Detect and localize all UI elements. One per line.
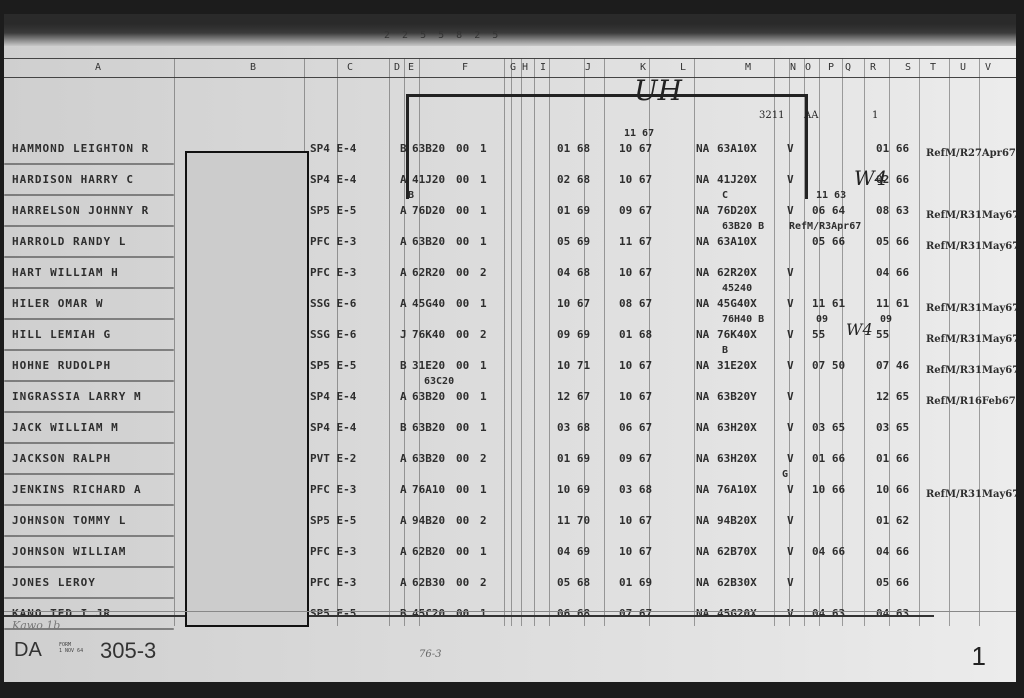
cell-d4: 02 66 xyxy=(876,173,909,186)
cell-pmos: 94B20X xyxy=(717,514,757,527)
table-row: HOHNE RUDOLPHSP5 E-5B31E2000110 7110 67N… xyxy=(4,353,1016,384)
cell-grade: SP4 E-4 xyxy=(310,173,356,186)
cell-d4: 01 62 xyxy=(876,514,909,527)
cell-d4: 07 46 xyxy=(876,359,909,372)
cell-remark: RefM/R31May67 xyxy=(926,365,1016,376)
underline-mark xyxy=(4,504,174,506)
underline-mark xyxy=(4,194,174,196)
underline-mark xyxy=(4,287,174,289)
cell-v: V xyxy=(787,452,794,465)
cell-cd: A xyxy=(400,204,407,217)
cell-d4: 01 66 xyxy=(876,452,909,465)
handwritten-correction: 11 63 xyxy=(816,190,846,201)
column-letter-r: R xyxy=(870,62,876,73)
cell-d4: 55 xyxy=(876,328,889,341)
cell-na: NA xyxy=(696,514,709,527)
code-3211: 3211 xyxy=(759,110,784,121)
cell-na: NA xyxy=(696,545,709,558)
cell-na: NA xyxy=(696,173,709,186)
cell-pmos: 63H20X xyxy=(717,452,757,465)
cell-n: 2 xyxy=(480,452,487,465)
cell-cd: A xyxy=(400,266,407,279)
form-number: 305-3 xyxy=(100,638,156,664)
cell-name: HARROLD RANDY L xyxy=(12,235,126,248)
cell-pmos: 76A10X xyxy=(717,483,757,496)
cell-n: 1 xyxy=(480,173,487,186)
cell-mos: 63B20 xyxy=(412,421,445,434)
cell-d2: 09 67 xyxy=(619,204,652,217)
cell-v: V xyxy=(787,297,794,310)
handwritten-correction: G xyxy=(782,469,788,480)
handwritten-uh: UH xyxy=(634,74,682,107)
cell-d1: 01 69 xyxy=(557,204,590,217)
column-letter-n: N xyxy=(790,62,796,73)
cell-d4: 03 65 xyxy=(876,421,909,434)
handwritten-correction: 63C20 xyxy=(424,376,454,387)
cell-cd: A xyxy=(400,576,407,589)
cell-n: 2 xyxy=(480,266,487,279)
cell-d3: 10 66 xyxy=(812,483,845,496)
column-letter-a: A xyxy=(95,62,101,73)
cell-d1: 04 69 xyxy=(557,545,590,558)
cell-pmos: 31E20X xyxy=(717,359,757,372)
header-code-strip: 2 2 5 5 8 2 5 xyxy=(384,30,501,41)
cell-na: NA xyxy=(696,421,709,434)
cell-v: V xyxy=(787,173,794,186)
table-row: JENKINS RICHARD APFC E-3A76A1000110 6903… xyxy=(4,477,1016,508)
handwritten-correction: B xyxy=(722,345,728,356)
cell-grade: PFC E-3 xyxy=(310,235,356,248)
cell-na: NA xyxy=(696,483,709,496)
cell-v: V xyxy=(787,328,794,341)
cell-d3: 55 xyxy=(812,328,825,341)
cell-d4: 05 66 xyxy=(876,576,909,589)
cell-na: NA xyxy=(696,359,709,372)
handwritten-correction: RefM/R3Apr67 xyxy=(789,221,861,232)
cell-zz: 00 xyxy=(456,545,469,558)
cell-d3: 11 61 xyxy=(812,297,845,310)
column-letter-m: M xyxy=(745,62,751,73)
cell-v: V xyxy=(787,483,794,496)
cell-d3: 01 66 xyxy=(812,452,845,465)
handwritten-correction: 09 xyxy=(880,314,892,325)
table-row: JACK WILLIAM MSP4 E-4B63B2000103 6806 67… xyxy=(4,415,1016,446)
cell-cd: B xyxy=(400,142,407,155)
underline-mark xyxy=(4,411,174,413)
cell-name: HARDISON HARRY C xyxy=(12,173,134,186)
cell-n: 1 xyxy=(480,297,487,310)
cell-name: JACK WILLIAM M xyxy=(12,421,119,434)
cell-v: V xyxy=(787,514,794,527)
column-letter-k: K xyxy=(640,62,646,73)
cell-d2: 01 68 xyxy=(619,328,652,341)
cell-remark: RefM/R27Apr67 xyxy=(926,148,1016,159)
cell-d4: 12 65 xyxy=(876,390,909,403)
cell-cd: A xyxy=(400,483,407,496)
cell-pmos: 62R20X xyxy=(717,266,757,279)
cell-mos: 63B20 xyxy=(412,235,445,248)
cell-n: 2 xyxy=(480,328,487,341)
cell-mos: 45G40 xyxy=(412,297,445,310)
cell-d1: 11 70 xyxy=(557,514,590,527)
cell-n: 1 xyxy=(480,235,487,248)
form-small-date: 1 NOV 64 xyxy=(59,648,83,654)
cell-d2: 10 67 xyxy=(619,173,652,186)
form-prefix: DA xyxy=(14,639,42,662)
cell-zz: 00 xyxy=(456,514,469,527)
cell-v: V xyxy=(787,204,794,217)
cell-na: NA xyxy=(696,452,709,465)
cell-d1: 01 68 xyxy=(557,142,590,155)
cell-name: JENKINS RICHARD A xyxy=(12,483,142,496)
table-row: HARDISON HARRY CSP4 E-4A41J2000102 6810 … xyxy=(4,167,1016,198)
cell-name: JOHNSON TOMMY L xyxy=(12,514,126,527)
cell-n: 1 xyxy=(480,483,487,496)
cell-d1: 09 69 xyxy=(557,328,590,341)
cell-mos: 62R20 xyxy=(412,266,445,279)
cell-d2: 03 68 xyxy=(619,483,652,496)
column-letter-d: D xyxy=(394,62,400,73)
cell-na: NA xyxy=(696,266,709,279)
cell-na: NA xyxy=(696,576,709,589)
cell-d1: 04 68 xyxy=(557,266,590,279)
code-1: 1 xyxy=(872,110,878,121)
cell-name: HARRELSON JOHNNY R xyxy=(12,204,149,217)
underline-mark xyxy=(4,225,174,227)
cell-na: NA xyxy=(696,390,709,403)
table-row: HARRELSON JOHNNY RSP5 E-5A76D2000101 690… xyxy=(4,198,1016,229)
cell-pmos: 76K40X xyxy=(717,328,757,341)
scan-top-edge xyxy=(4,24,1016,46)
page-number: 1 xyxy=(972,641,986,672)
cell-d1: 05 69 xyxy=(557,235,590,248)
underline-mark xyxy=(4,380,174,382)
column-letter-o: O xyxy=(805,62,811,73)
cell-pmos: 41J20X xyxy=(717,173,757,186)
cell-name: JOHNSON WILLIAM xyxy=(12,545,126,558)
cell-d3: 07 50 xyxy=(812,359,845,372)
cell-grade: SP4 E-4 xyxy=(310,390,356,403)
cell-d1: 03 68 xyxy=(557,421,590,434)
cell-name: JONES LEROY xyxy=(12,576,96,589)
cell-grade: SP4 E-4 xyxy=(310,142,356,155)
column-letter-u: U xyxy=(960,62,966,73)
cell-d2: 10 67 xyxy=(619,545,652,558)
cell-d2: 01 69 xyxy=(619,576,652,589)
cell-d2: 09 67 xyxy=(619,452,652,465)
cell-na: NA xyxy=(696,328,709,341)
cell-grade: PFC E-3 xyxy=(310,576,356,589)
cell-v: V xyxy=(787,142,794,155)
redaction-box xyxy=(185,151,309,627)
cell-zz: 00 xyxy=(456,359,469,372)
handwritten-correction: 63B20 B xyxy=(722,221,764,232)
cell-d1: 10 67 xyxy=(557,297,590,310)
cell-grade: SP5 E-5 xyxy=(310,514,356,527)
cell-d4: 05 66 xyxy=(876,235,909,248)
underline-mark xyxy=(4,256,174,258)
handwritten-note: Kawo 1b xyxy=(12,619,60,632)
cell-zz: 00 xyxy=(456,452,469,465)
cell-pmos: 45G40X xyxy=(717,297,757,310)
cell-d1: 10 71 xyxy=(557,359,590,372)
table-row: JACKSON RALPHPVT E-2A63B2000201 6909 67N… xyxy=(4,446,1016,477)
underline-mark xyxy=(4,442,174,444)
cell-mos: 41J20 xyxy=(412,173,445,186)
handwritten-mid-note: 76-3 xyxy=(419,649,441,660)
form-edition: FORM 1 NOV 64 xyxy=(59,642,83,654)
underline-mark xyxy=(4,535,174,537)
cell-d4: 10 66 xyxy=(876,483,909,496)
handwritten-correction: 11 67 xyxy=(624,128,654,139)
handwritten-correction: C xyxy=(722,190,728,201)
cell-d1: 01 69 xyxy=(557,452,590,465)
cell-cd: A xyxy=(400,390,407,403)
cell-d4: 11 61 xyxy=(876,297,909,310)
cell-na: NA xyxy=(696,204,709,217)
cell-mos: 76K40 xyxy=(412,328,445,341)
cell-mos: 62B30 xyxy=(412,576,445,589)
cell-d2: 06 67 xyxy=(619,421,652,434)
cell-name: HILL LEMIAH G xyxy=(12,328,111,341)
cell-name: HAMMOND LEIGHTON R xyxy=(12,142,149,155)
cell-d3: 06 64 xyxy=(812,204,845,217)
cell-cd: A xyxy=(400,297,407,310)
cell-n: 2 xyxy=(480,576,487,589)
cell-cd: A xyxy=(400,173,407,186)
cell-d1: 05 68 xyxy=(557,576,590,589)
cell-cd: A xyxy=(400,545,407,558)
table-row: HART WILLIAM HPFC E-3A62R2000204 6810 67… xyxy=(4,260,1016,291)
cell-v: V xyxy=(787,576,794,589)
cell-v: V xyxy=(787,545,794,558)
cell-d2: 08 67 xyxy=(619,297,652,310)
cell-n: 1 xyxy=(480,142,487,155)
cell-zz: 00 xyxy=(456,576,469,589)
cell-d2: 10 67 xyxy=(619,514,652,527)
cell-pmos: 63A10X xyxy=(717,142,757,155)
column-letter-l: L xyxy=(680,62,686,73)
underline-mark xyxy=(4,566,174,568)
cell-d3: 03 65 xyxy=(812,421,845,434)
roster-document: 2 2 5 5 8 2 5 ABCDEFGHIJKLMNOPQRSTUV UH … xyxy=(4,14,1016,682)
cell-grade: SSG E-6 xyxy=(310,297,356,310)
cell-d4: 01 66 xyxy=(876,142,909,155)
form-footer: Kawo 1b DA FORM 1 NOV 64 305-3 76-3 1 xyxy=(4,611,1016,682)
underline-mark xyxy=(4,163,174,165)
cell-cd: A xyxy=(400,235,407,248)
column-letter-b: B xyxy=(250,62,256,73)
cell-mos: 76D20 xyxy=(412,204,445,217)
cell-pmos: 63H20X xyxy=(717,421,757,434)
cell-n: 1 xyxy=(480,545,487,558)
cell-name: HART WILLIAM H xyxy=(12,266,119,279)
table-row: HARROLD RANDY LPFC E-3A63B2000105 6911 6… xyxy=(4,229,1016,260)
cell-grade: SSG E-6 xyxy=(310,328,356,341)
cell-d1: 10 69 xyxy=(557,483,590,496)
cell-pmos: 63B20Y xyxy=(717,390,757,403)
table-row: JOHNSON WILLIAMPFC E-3A62B2000104 6910 6… xyxy=(4,539,1016,570)
cell-cd: B xyxy=(400,421,407,434)
cell-zz: 00 xyxy=(456,297,469,310)
cell-na: NA xyxy=(696,235,709,248)
cell-d2: 10 67 xyxy=(619,266,652,279)
column-letter-q: Q xyxy=(845,62,851,73)
cell-zz: 00 xyxy=(456,204,469,217)
cell-mos: 63B20 xyxy=(412,142,445,155)
cell-n: 2 xyxy=(480,514,487,527)
cell-zz: 00 xyxy=(456,421,469,434)
cell-name: INGRASSIA LARRY M xyxy=(12,390,142,403)
cell-na: NA xyxy=(696,297,709,310)
column-letter-c: C xyxy=(347,62,353,73)
table-row: JOHNSON TOMMY LSP5 E-5A94B2000211 7010 6… xyxy=(4,508,1016,539)
handwritten-correction: B xyxy=(408,190,414,201)
cell-n: 1 xyxy=(480,390,487,403)
handwritten-correction: 09 xyxy=(816,314,828,325)
table-row: HILER OMAR WSSG E-6A45G4000110 6708 67NA… xyxy=(4,291,1016,322)
cell-d4: 08 63 xyxy=(876,204,909,217)
handwritten-correction: 76H40 B xyxy=(722,314,764,325)
cell-grade: SP5 E-5 xyxy=(310,359,356,372)
cell-grade: PFC E-3 xyxy=(310,545,356,558)
column-letter-h: H xyxy=(522,62,528,73)
cell-pmos: 62B30X xyxy=(717,576,757,589)
underline-mark xyxy=(4,318,174,320)
cell-remark: RefM/R16Feb67 xyxy=(926,396,1016,407)
cell-pmos: 76D20X xyxy=(717,204,757,217)
column-letter-j: J xyxy=(585,62,591,73)
cell-grade: PFC E-3 xyxy=(310,266,356,279)
cell-mos: 62B20 xyxy=(412,545,445,558)
cell-remark: RefM/R31May67 xyxy=(926,241,1016,252)
cell-zz: 00 xyxy=(456,328,469,341)
cell-zz: 00 xyxy=(456,142,469,155)
underline-mark xyxy=(4,597,174,599)
cell-mos: 63B20 xyxy=(412,390,445,403)
cell-d4: 04 66 xyxy=(876,545,909,558)
cell-cd: A xyxy=(400,514,407,527)
cell-d2: 10 67 xyxy=(619,142,652,155)
column-letter-f: F xyxy=(462,62,468,73)
cell-d3: 05 66 xyxy=(812,235,845,248)
cell-grade: PFC E-3 xyxy=(310,483,356,496)
cell-pmos: 62B70X xyxy=(717,545,757,558)
cell-n: 1 xyxy=(480,421,487,434)
cell-v: V xyxy=(787,266,794,279)
cell-d3: 04 66 xyxy=(812,545,845,558)
cell-grade: SP4 E-4 xyxy=(310,421,356,434)
column-letter-e: E xyxy=(408,62,414,73)
cell-d2: 10 67 xyxy=(619,390,652,403)
cell-name: HOHNE RUDOLPH xyxy=(12,359,111,372)
cell-pmos: 63A10X xyxy=(717,235,757,248)
column-letter-v: V xyxy=(985,62,991,73)
column-letter-t: T xyxy=(930,62,936,73)
cell-zz: 00 xyxy=(456,390,469,403)
cell-n: 1 xyxy=(480,359,487,372)
cell-mos: 76A10 xyxy=(412,483,445,496)
table-row: JONES LEROYPFC E-3A62B3000205 6801 69NA6… xyxy=(4,570,1016,601)
table-row: HAMMOND LEIGHTON RSP4 E-4B63B2000101 681… xyxy=(4,136,1016,167)
table-row: HILL LEMIAH GSSG E-6J76K4000209 6901 68N… xyxy=(4,322,1016,353)
cell-d2: 10 67 xyxy=(619,359,652,372)
cell-d4: 04 66 xyxy=(876,266,909,279)
cell-mos: 63B20 xyxy=(412,452,445,465)
cell-zz: 00 xyxy=(456,173,469,186)
underline-mark xyxy=(4,473,174,475)
cell-cd: B xyxy=(400,359,407,372)
cell-zz: 00 xyxy=(456,266,469,279)
underline-mark xyxy=(4,349,174,351)
cell-v: V xyxy=(787,390,794,403)
cell-cd: A xyxy=(400,452,407,465)
cell-grade: SP5 E-5 xyxy=(310,204,356,217)
cell-d1: 02 68 xyxy=(557,173,590,186)
cell-v: V xyxy=(787,421,794,434)
cell-v: V xyxy=(787,359,794,372)
cell-remark: RefM/R31May67 xyxy=(926,489,1016,500)
cell-zz: 00 xyxy=(456,235,469,248)
cell-name: HILER OMAR W xyxy=(12,297,103,310)
table-row: INGRASSIA LARRY MSP4 E-4A63B2000112 6710… xyxy=(4,384,1016,415)
cell-d1: 12 67 xyxy=(557,390,590,403)
cell-mos: 94B20 xyxy=(412,514,445,527)
cell-mos: 31E20 xyxy=(412,359,445,372)
cell-remark: RefM/R31May67 xyxy=(926,334,1016,345)
cell-zz: 00 xyxy=(456,483,469,496)
cell-remark: RefM/R31May67 xyxy=(926,210,1016,221)
cell-remark: RefM/R31May67 xyxy=(926,303,1016,314)
cell-na: NA xyxy=(696,142,709,155)
cell-grade: PVT E-2 xyxy=(310,452,356,465)
cell-cd: J xyxy=(400,328,407,341)
code-aa: AA xyxy=(804,110,818,121)
cell-d2: 11 67 xyxy=(619,235,652,248)
column-letter-p: P xyxy=(828,62,834,73)
column-letter-i: I xyxy=(540,62,546,73)
handwritten-correction: 45240 xyxy=(722,283,752,294)
column-letter-s: S xyxy=(905,62,911,73)
cell-name: JACKSON RALPH xyxy=(12,452,111,465)
cell-n: 1 xyxy=(480,204,487,217)
